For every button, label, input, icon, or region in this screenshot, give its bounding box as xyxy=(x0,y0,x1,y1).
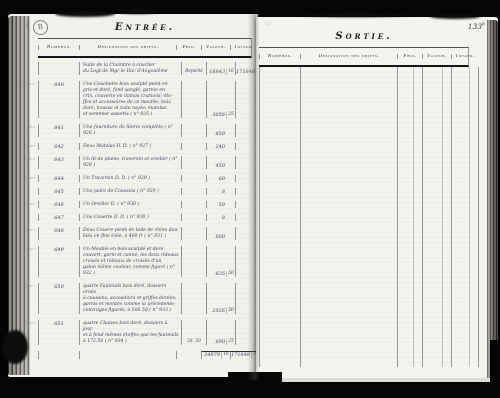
book-gutter xyxy=(247,14,265,380)
amount: 16 xyxy=(221,352,230,359)
money-cell: 69025 xyxy=(206,320,235,345)
sortie-body xyxy=(259,67,469,367)
margin-date-note: 2 juin xyxy=(11,143,35,148)
designation: Suite de la Chambre à coucherdu Logt de … xyxy=(79,62,181,75)
ledger-row: 4 juin644Un Traversin D. D. ( n° 929 )60 xyxy=(38,169,252,182)
ledger-row: 1 juin641Une fourniture de literie compl… xyxy=(38,118,252,137)
centimes-rule xyxy=(469,67,478,367)
photo-smudge xyxy=(430,14,480,19)
designation-line: quatre Fauteuils bois doré, dossiers orn… xyxy=(83,284,179,296)
under-page-strip xyxy=(282,378,490,382)
margin-date-note: 6 juin xyxy=(11,227,35,232)
designation: Deux Matelas D. D. ( n° 927 ) xyxy=(79,143,181,150)
sortie-header-row: Numéros.Désignation des objets.Prix.Vale… xyxy=(259,47,469,67)
designation: Un lit de plume, traversin et oreiller (… xyxy=(79,156,181,169)
designation: Une fourniture de literie complète ( n° … xyxy=(79,124,181,137)
designation-line: à 172.56 ( n° 934 ) xyxy=(83,339,179,345)
entry-number: 640 xyxy=(38,81,79,118)
entry-number: 650 xyxy=(38,283,79,314)
empty-cell xyxy=(79,351,176,359)
margin-date-note: 3 juin xyxy=(11,156,35,161)
amount: 690 xyxy=(207,339,226,346)
column-header: Totaux. xyxy=(451,54,478,59)
money-cell: 450 xyxy=(206,156,235,169)
photo-smudge xyxy=(55,11,115,17)
designation-line: Une fourniture de literie complète ( n° … xyxy=(83,125,179,137)
entry-number: 643 xyxy=(38,156,79,169)
column-rule xyxy=(397,67,422,367)
totals-row: 249791617184833 xyxy=(38,345,252,359)
money-cell: 202650 xyxy=(206,283,235,314)
designation: Une paire de Coussins ( n° 929 ) xyxy=(79,188,181,195)
prix-cell xyxy=(181,201,206,208)
designation: Deux Couvre-pieds de toile de chine dou-… xyxy=(79,227,181,240)
prix-cell xyxy=(181,175,206,182)
entree-table: Entrée. Numéros.Désignation des objets.P… xyxy=(38,22,252,358)
folio-number-value: 133 xyxy=(468,22,482,31)
margin-date-note: 1 juin xyxy=(11,124,35,129)
entry-number: 645 xyxy=(38,188,79,195)
centimes-rule xyxy=(413,67,422,367)
entry-number: 648 xyxy=(38,227,79,240)
column-rule xyxy=(451,67,479,367)
entree-header-row: Numéros.Désignation des objets.Prix.Vale… xyxy=(38,38,252,58)
money-cell: 8 xyxy=(206,188,235,195)
entry-number xyxy=(38,62,79,75)
margin-date-note: 27 mai xyxy=(11,81,35,86)
entry-number: 642 xyxy=(38,143,79,150)
left-page: ( B Entrée. Numéros.Désignation des obje… xyxy=(8,14,258,377)
ledger-row: 6 juin648Deux Couvre-pieds de toile de c… xyxy=(38,221,252,240)
column-rule xyxy=(259,67,300,367)
designation: Un Meuble en bois sculpté et doré,couver… xyxy=(79,246,181,277)
designation: Une Couchette bois sculpté peint engris … xyxy=(79,81,181,118)
column-header: Prix. xyxy=(176,45,201,50)
margin-date-note: 4 juin xyxy=(11,175,35,180)
column-header: Désignation des objets. xyxy=(300,54,397,59)
column-header: Désignation des objets. xyxy=(79,45,176,50)
entree-body: Suite de la Chambre à coucherdu Logt de … xyxy=(38,58,252,358)
folio-number: 133b xyxy=(468,22,485,31)
money-cell: 2497916 xyxy=(201,351,230,359)
empty-cell xyxy=(38,351,79,359)
money-cell: 60 xyxy=(206,175,235,182)
photo-smudge xyxy=(300,13,410,17)
prix-cell: Reporté xyxy=(181,62,206,75)
money-cell: 1884316 xyxy=(206,62,235,75)
amount: 25 xyxy=(226,339,235,346)
prix-cell xyxy=(181,188,206,195)
money-cell: 8 xyxy=(206,214,235,221)
money-cell: 50 xyxy=(206,201,235,208)
designation-line: quatre Chaises bois doré, dossiers à jou… xyxy=(83,321,179,333)
column-header: Prix. xyxy=(397,54,422,59)
column-rule xyxy=(422,67,451,367)
ledger-row: 27 mai640Une Couchette bois sculpté pein… xyxy=(38,75,252,118)
photo-smudge xyxy=(118,9,158,14)
designation-line: galon même couleur, comme figuré ( n° 93… xyxy=(83,265,179,277)
prix-cell xyxy=(181,214,206,221)
money-cell: 800 xyxy=(206,227,235,240)
designation: quatre Chaises bois doré, dossiers à jou… xyxy=(79,320,181,345)
designation: Un Oreiller D. ( n° 930 ) xyxy=(79,201,181,208)
sortie-table: Sortie. Numéros.Désignation des objets.P… xyxy=(259,31,469,367)
prix-cell xyxy=(181,227,206,240)
ledger-row: 9 juin651quatre Chaises bois doré, dossi… xyxy=(38,314,252,345)
ledger-row: 7 juin649Un Meuble en bois sculpté et do… xyxy=(38,240,252,277)
margin-date-note: 8 juin xyxy=(11,283,35,288)
ledger-row: Suite de la Chambre à coucherdu Logt de … xyxy=(38,58,252,75)
entry-number: 649 xyxy=(38,246,79,277)
ledger-photo: ( B Entrée. Numéros.Désignation des obje… xyxy=(0,0,500,398)
money-cell: 305625 xyxy=(206,81,235,118)
sortie-title: Sortie. xyxy=(259,31,469,47)
stamp-mark: ( xyxy=(26,21,30,31)
designation-line: Un lit de plume, traversin et oreiller (… xyxy=(83,157,179,169)
money-cell: 240 xyxy=(206,143,235,150)
prix-cell xyxy=(181,283,206,314)
margin-date-note: 9 juin xyxy=(11,320,35,325)
prix-cell xyxy=(181,156,206,169)
photo-smudge xyxy=(2,330,28,364)
prix-cell xyxy=(181,143,206,150)
entry-number: 641 xyxy=(38,124,79,137)
designation: quatre Fauteuils bois doré, dossiers orn… xyxy=(79,283,181,314)
column-header: Numéros. xyxy=(259,54,300,59)
centimes-rule xyxy=(442,67,451,367)
right-page: 12 133b Sortie. Numéros.Désignation des … xyxy=(256,17,498,381)
prix-cell: 26. 50 xyxy=(181,320,206,345)
margin-date-note: 5 juin xyxy=(11,201,35,206)
empty-cell xyxy=(176,351,201,359)
prix-value: 26. 50 xyxy=(182,339,206,345)
ledger-row: 2 juin642Deux Matelas D. D. ( n° 927 )24… xyxy=(38,137,252,150)
margin-date-note: 7 juin xyxy=(11,246,35,251)
designation: Une Couette D. D. ( n° 930 ) xyxy=(79,214,181,221)
designation: Un Traversin D. D. ( n° 929 ) xyxy=(79,175,181,182)
entry-number: 647 xyxy=(38,214,79,221)
ledger-row: 645Une paire de Coussins ( n° 929 )8 xyxy=(38,182,252,195)
entry-number: 644 xyxy=(38,175,79,182)
ledger-row: 647Une Couette D. D. ( n° 930 )8 xyxy=(38,208,252,221)
ledger-row: 3 juin643Un lit de plume, traversin et o… xyxy=(38,150,252,169)
column-header: Numéros. xyxy=(38,45,79,50)
prix-cell xyxy=(181,81,206,118)
column-rule xyxy=(300,67,397,367)
page-edge-right xyxy=(487,20,498,378)
money-cell: 850 xyxy=(206,124,235,137)
folio-number-sup: b xyxy=(482,23,485,28)
column-header: Valeur. xyxy=(422,54,451,59)
entree-title: Entrée. xyxy=(38,22,252,38)
empty-rows-area xyxy=(259,67,469,367)
corner-notch xyxy=(490,340,500,398)
entry-number: 651 xyxy=(38,320,79,345)
prix-cell xyxy=(181,246,206,277)
ledger-row: 8 juin650quatre Fauteuils bois doré, dos… xyxy=(38,277,252,314)
entry-number: 646 xyxy=(38,201,79,208)
money-cell: 63550 xyxy=(206,246,235,277)
prix-cell xyxy=(181,124,206,137)
amount: 24979 xyxy=(202,352,221,359)
ledger-row: 5 juin646Un Oreiller D. ( n° 930 )50 xyxy=(38,195,252,208)
column-header: Valeur. xyxy=(201,45,230,50)
